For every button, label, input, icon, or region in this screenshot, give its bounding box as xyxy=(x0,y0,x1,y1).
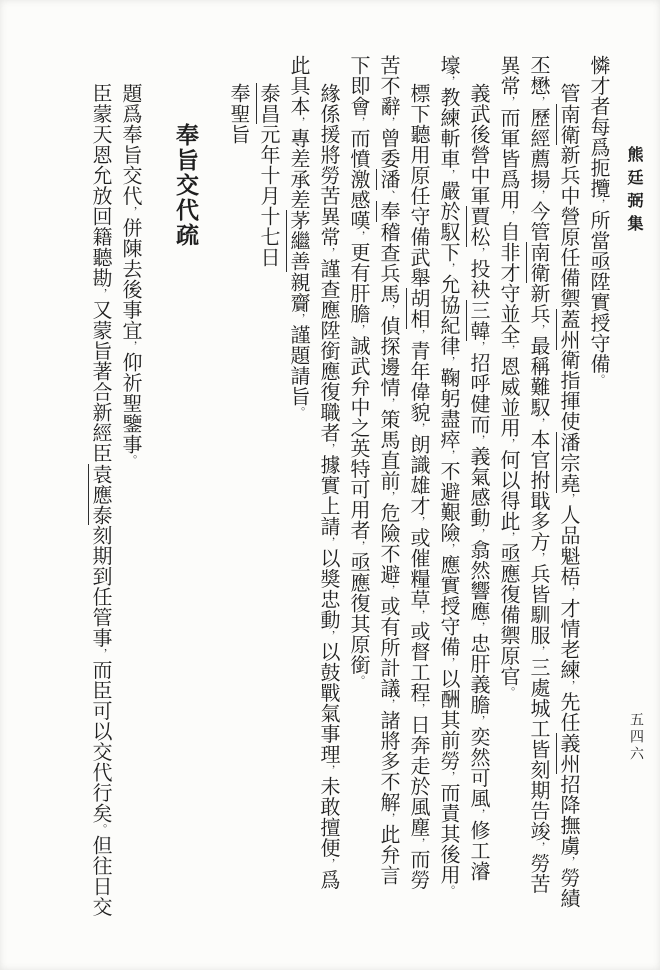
book-title: 熊廷弼集 xyxy=(623,146,646,238)
proper-name: 袁應泰 xyxy=(88,464,113,526)
text-column: 丕懋，歷經薦揚，今管南衛新兵，最稱難馭，本官拊戢多方，兵皆馴服，三處城工皆刻期告… xyxy=(524,55,554,915)
text-column: 管南衛新兵中營原任備禦蓋州衛指揮使潘宗堯，人品魁梧，才情老練，先任義州招降撫虜，… xyxy=(554,55,584,915)
text-column: 標下聽用原任守備武舉胡相，青年偉貌，朗識雄才，或催糧草，或督工程，日奔走於風塵，… xyxy=(404,55,434,915)
proper-name: 茅繼善 xyxy=(286,210,311,272)
proper-name: 義州 xyxy=(556,733,581,774)
proper-name: 胡相 xyxy=(406,288,431,329)
text-column: 義武後營中軍賈松，投袂三韓，招呼健而，義氣感動，翕然響應，忠肝義膽，奕然可風，修… xyxy=(464,55,494,915)
text-column: 下即會，而憤激感嘆，更有肝膽，誠武弁中之英特可用者，亟應復其原銜。 xyxy=(344,55,374,915)
text-column: 苦不辭，曾委潘、奉稽查兵馬，偵探邊情，策馬直前，危險不避，或有所計議，諸將多不解… xyxy=(374,55,404,915)
rescript-heading-column: 奉聖旨 xyxy=(224,55,254,915)
proper-name: 南衛 xyxy=(556,104,581,145)
proper-name: 泰昌 xyxy=(256,83,281,124)
text-column: 題爲奉旨交代，併陳去後事宜，仰祈聖鑒事。 xyxy=(116,55,146,915)
text-column: 憐才者每爲扼攬，所當亟陞實授守備。 xyxy=(584,55,614,915)
proper-name: 南衛 xyxy=(526,242,551,283)
proper-name: 奉 xyxy=(376,201,401,222)
text-column: 臣蒙天恩允放回籍聽勘，又蒙旨著合新經臣袁應泰刻期到任管事，而臣可以交代行矣。但往… xyxy=(86,55,116,915)
section-title: 奉旨交代疏 xyxy=(168,55,202,915)
text-column: 此具本，專差承差茅繼善親齎，謹題請旨。 xyxy=(284,55,314,915)
book-page: 熊廷弼集 五四六 憐才者每爲扼攬，所當亟陞實授守備。 管南衛新兵中營原任備禦蓋州… xyxy=(0,0,660,970)
proper-name: 蓋州 xyxy=(556,309,581,350)
text-column: 壕，教練斬車，嚴於馭下，允協紀律，鞠躬盡瘁，不避艱險，應實授守備，以酬其前勞，而… xyxy=(434,55,464,915)
page-number: 五四六 xyxy=(626,712,646,763)
proper-name: 三韓 xyxy=(466,300,491,341)
date-column: 泰昌元年十月十七日 xyxy=(254,55,284,915)
proper-name: 潘宗堯 xyxy=(556,432,581,494)
proper-name: 賈松 xyxy=(466,206,491,247)
text-column: 緣係援將勞苦異常，謹查應陞銜應復職者，據實上請，以獎忠動，以鼓戰氣事理，未敢擅便… xyxy=(314,55,344,915)
proper-name: 潘 xyxy=(376,169,401,190)
text-column: 異常，而軍皆爲用，自非才守並全，恩威並用，何以得此，亟應復備禦原官。 xyxy=(494,55,524,915)
text-area: 憐才者每爲扼攬，所當亟陞實授守備。 管南衛新兵中營原任備禦蓋州衛指揮使潘宗堯，人… xyxy=(86,55,614,915)
